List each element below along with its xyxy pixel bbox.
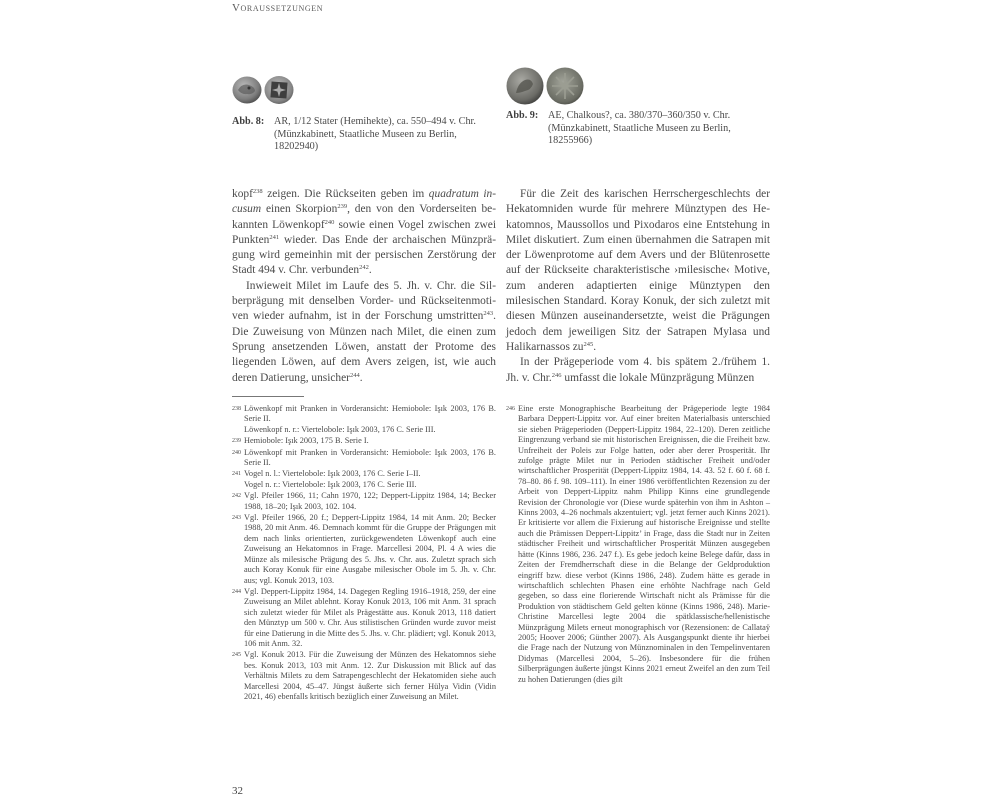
footnote-line: Vgl. Deppert-Lippitz 1984, 14. Dagegen R… [244, 587, 496, 649]
footnote-text: Löwenkopf mit Pranken in Vorderansicht: … [244, 404, 496, 435]
footnote-number: 238 [232, 404, 244, 435]
footnote-239: 239Hemiobole: Işık 2003, 175 B. Serie I. [232, 436, 496, 446]
footnote-244: 244Vgl. Deppert-Lippitz 1984, 14. Dagege… [232, 587, 496, 649]
text-run: . [593, 341, 596, 353]
footnote-line: Vgl. Konuk 2013. Für die Zuweisung der M… [244, 650, 496, 702]
footnote-line: Vogel n. r.: Viertelobole: Işık 2003, 17… [244, 480, 496, 490]
footnote-text: Eine erste Monographische Bearbeitung de… [518, 404, 770, 685]
figure-caption: Abb. 8: AR, 1/12 Stater (Hemihekte), ca.… [232, 116, 497, 154]
text-run: einen Skorpion [261, 203, 337, 215]
footnote-reference[interactable]: 240 [325, 219, 335, 226]
figure-abb-9: Abb. 9: AE, Chalkous?, ca. 380/370–360/3… [506, 72, 771, 148]
footnote-separator [232, 396, 304, 397]
coin-images [232, 72, 497, 108]
footnote-line: Vgl. Pfeiler 1966, 11; Cahn 1970, 122; D… [244, 491, 496, 512]
body-paragraph: kopf238 zeigen. Die Rückseiten geben im … [232, 187, 496, 279]
footnote-number: 240 [232, 448, 244, 469]
footnote-reference[interactable]: 244 [350, 372, 360, 379]
footnote-text: Hemiobole: Işık 2003, 175 B. Serie I. [244, 436, 496, 446]
coin-reverse-floral-rosette-image [546, 67, 584, 105]
footnote-reference[interactable]: 241 [269, 234, 279, 241]
coin-obverse-lion-forepart-image [506, 67, 544, 105]
page-number: 32 [232, 785, 243, 797]
footnote-238: 238Löwenkopf mit Pranken in Vorderansich… [232, 404, 496, 435]
footnote-line: Löwenkopf mit Pranken in Vorderansicht: … [244, 448, 496, 469]
footnote-243: 243Vgl. Pfeiler 1966, 20 f.; Deppert-Lip… [232, 513, 496, 586]
footnote-245: 245Vgl. Konuk 2013. Für die Zuweisung de… [232, 650, 496, 702]
footnote-number: 245 [232, 650, 244, 702]
footnote-number: 239 [232, 436, 244, 446]
text-run: . [369, 264, 372, 276]
footnotes-left: 238Löwenkopf mit Pranken in Vorderansich… [232, 404, 496, 703]
body-column-right: Für die Zeit des karischen Herrschergesc… [506, 187, 770, 386]
footnote-242: 242Vgl. Pfeiler 1966, 11; Cahn 1970, 122… [232, 491, 496, 512]
footnote-number: 244 [232, 587, 244, 649]
footnote-241: 241Vogel n. l.: Viertelobole: Işık 2003,… [232, 469, 496, 490]
footnote-line: Löwenkopf mit Pranken in Vorderansicht: … [244, 404, 496, 425]
coin-obverse-lion-head-image [232, 75, 262, 105]
text-run: Inwieweit Milet im Laufe des 5. Jh. v. C… [232, 280, 496, 323]
footnote-number: 246 [506, 404, 518, 685]
body-column-left: kopf238 zeigen. Die Rückseiten geben im … [232, 187, 496, 386]
text-run: zeigen. Die Rückseiten geben im [263, 188, 429, 200]
footnote-240: 240Löwenkopf mit Pranken in Vorderansich… [232, 448, 496, 469]
footnote-line: Eine erste Monographische Bearbeitung de… [518, 404, 770, 685]
footnote-text: Vgl. Pfeiler 1966, 11; Cahn 1970, 122; D… [244, 491, 496, 512]
running-head: Voraussetzungen [232, 2, 323, 14]
coin-reverse-incuse-square-image [264, 75, 294, 105]
footnote-reference[interactable]: 245 [584, 341, 594, 348]
footnote-reference[interactable]: 238 [253, 188, 263, 195]
body-paragraph: Inwieweit Milet im Laufe des 5. Jh. v. C… [232, 279, 496, 386]
footnotes-right: 246Eine erste Monographische Bearbeitung… [506, 404, 770, 686]
figure-caption: Abb. 9: AE, Chalkous?, ca. 380/370–360/3… [506, 110, 771, 148]
footnote-reference[interactable]: 239 [337, 203, 347, 210]
footnote-reference[interactable]: 243 [483, 310, 493, 317]
footnote-text: Löwenkopf mit Pranken in Vorderansicht: … [244, 448, 496, 469]
coin-images [506, 66, 771, 106]
footnote-text: Vgl. Pfeiler 1966, 20 f.; Deppert-Lippit… [244, 513, 496, 586]
body-paragraph: Für die Zeit des karischen Herrschergesc… [506, 187, 770, 355]
footnote-line: Vogel n. l.: Viertelobole: Işık 2003, 17… [244, 469, 496, 479]
figure-abb-8: Abb. 8: AR, 1/12 Stater (Hemihekte), ca.… [232, 72, 497, 154]
figure-label: Abb. 8: [232, 116, 274, 154]
text-run: kopf [232, 188, 253, 200]
footnote-number: 242 [232, 491, 244, 512]
body-paragraph: In der Prägeperiode vom 4. bis spätem 2.… [506, 355, 770, 386]
footnote-reference[interactable]: 246 [552, 372, 562, 379]
footnote-line: Hemiobole: Işık 2003, 175 B. Serie I. [244, 436, 496, 446]
footnote-text: Vogel n. l.: Viertelobole: Işık 2003, 17… [244, 469, 496, 490]
figure-caption-text: AE, Chalkous?, ca. 380/370–360/350 v. Ch… [548, 110, 771, 148]
footnote-line: Löwenkopf n. r.: Viertelobole: Işık 2003… [244, 425, 496, 435]
footnote-line: Vgl. Pfeiler 1966, 20 f.; Deppert-Lippit… [244, 513, 496, 586]
text-run: umfasst die lokale Münzprägung Münzen [562, 372, 755, 384]
footnote-number: 243 [232, 513, 244, 586]
text-run: Für die Zeit des karischen Herrschergesc… [506, 188, 770, 353]
footnote-text: Vgl. Konuk 2013. Für die Zuweisung der M… [244, 650, 496, 702]
footnote-number: 241 [232, 469, 244, 490]
footnote-246: 246Eine erste Monographische Bearbeitung… [506, 404, 770, 685]
figure-caption-text: AR, 1/12 Stater (Hemihekte), ca. 550–494… [274, 116, 497, 154]
text-run: . [360, 372, 363, 384]
footnote-text: Vgl. Deppert-Lippitz 1984, 14. Dagegen R… [244, 587, 496, 649]
figure-label: Abb. 9: [506, 110, 548, 148]
footnote-reference[interactable]: 242 [359, 264, 369, 271]
